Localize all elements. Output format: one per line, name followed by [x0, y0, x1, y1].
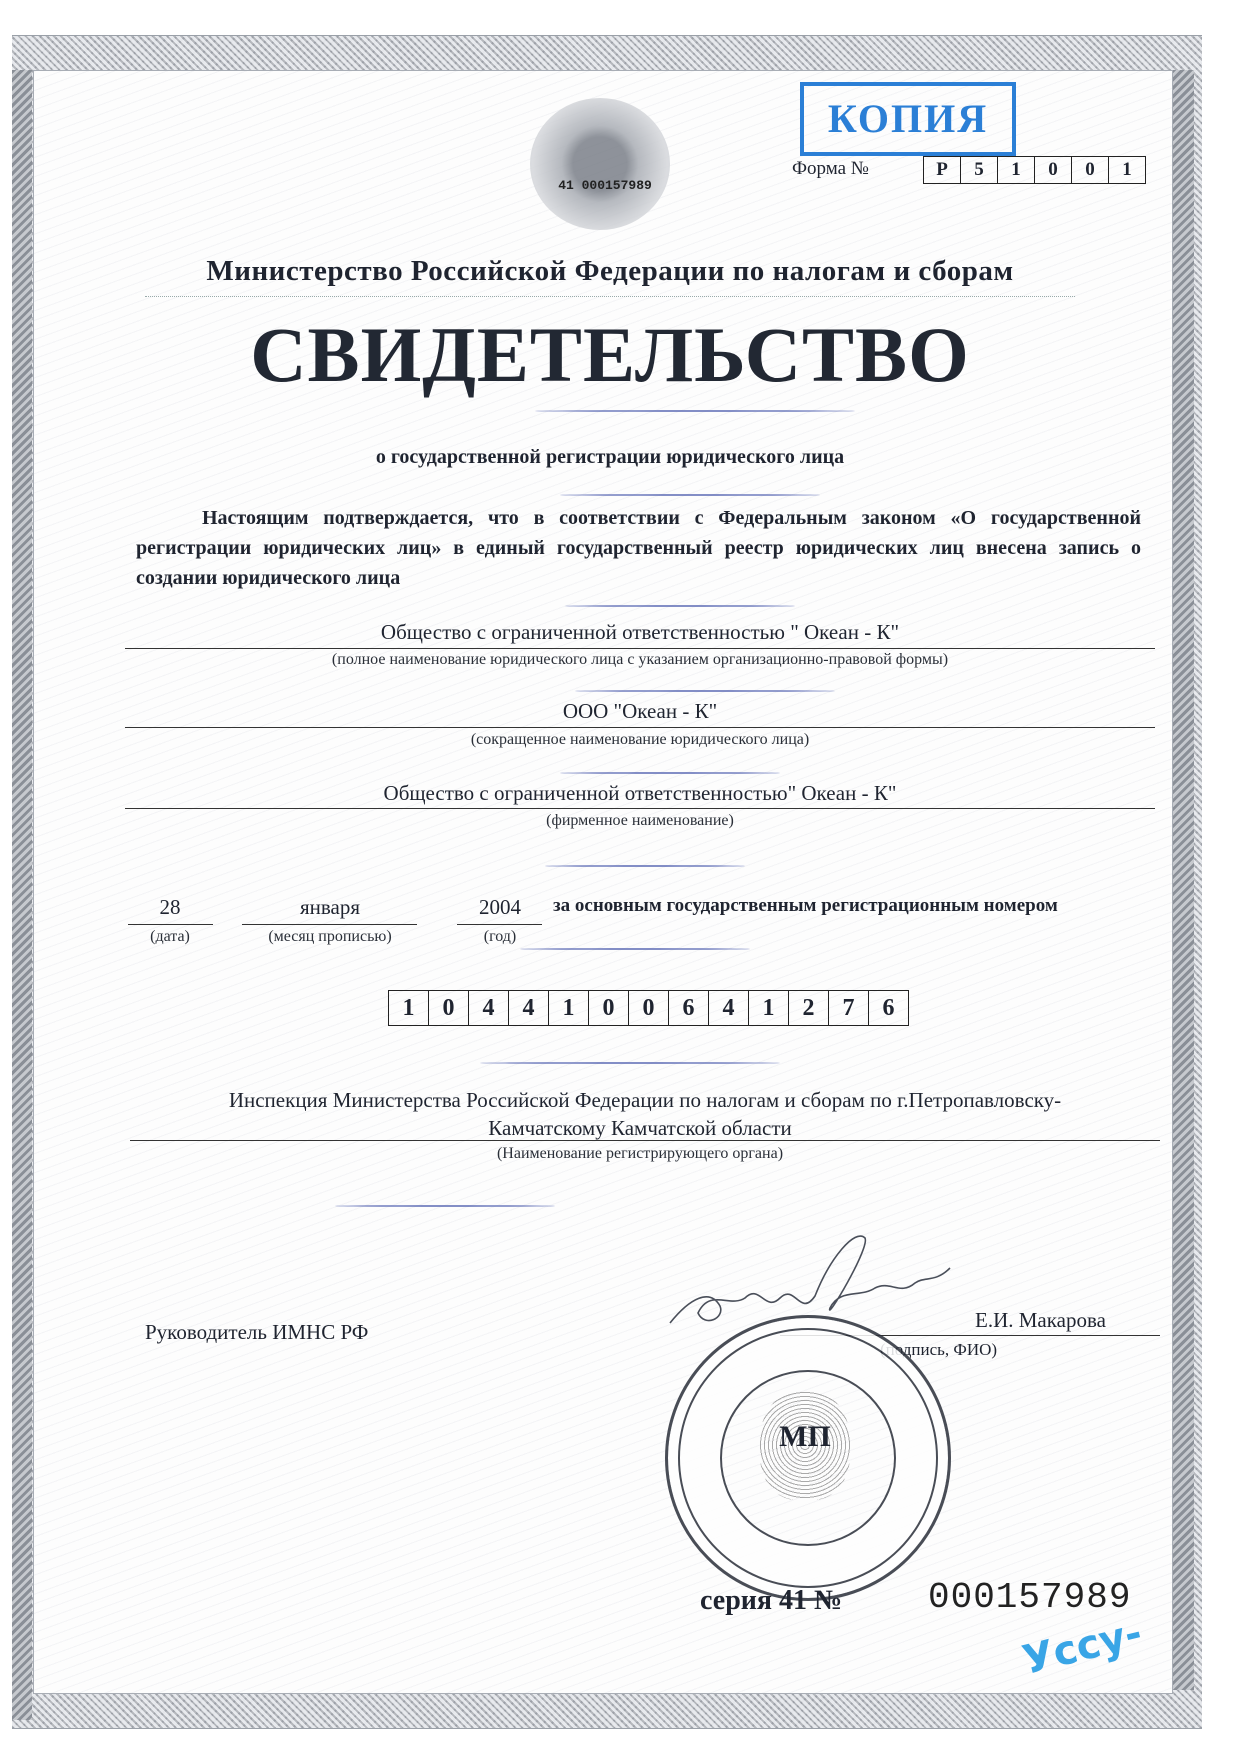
serial-number: 000157989	[928, 1577, 1131, 1618]
form-label: Форма №	[792, 158, 869, 180]
registration-year: 2004	[455, 895, 545, 920]
form-number-char: 0	[1035, 157, 1072, 183]
pen-stroke	[545, 865, 745, 867]
pen-stroke	[535, 410, 855, 412]
firm-name-value: Общество с ограниченной ответственностью…	[125, 781, 1155, 806]
ogrn-digit: 6	[669, 991, 709, 1025]
ogrn-digit: 6	[869, 991, 908, 1025]
ogrn-number-boxes: 1044100641276	[388, 990, 909, 1026]
full-name-rule	[125, 648, 1155, 649]
pen-stroke	[560, 494, 820, 496]
form-number-char: 0	[1072, 157, 1109, 183]
ogrn-digit: 1	[549, 991, 589, 1025]
border-right-strip	[1172, 70, 1194, 1690]
full-name-caption: (полное наименование юридического лица с…	[125, 651, 1155, 669]
ogrn-digit: 0	[429, 991, 469, 1025]
firm-name-caption: (фирменное наименование)	[125, 812, 1155, 830]
pen-stroke	[480, 1062, 780, 1064]
authority-line-2: Камчатскому Камчатской области	[125, 1116, 1155, 1141]
year-rule	[457, 924, 542, 925]
pen-stroke	[560, 772, 780, 774]
signatory-name: Е.И. Макарова	[975, 1308, 1106, 1333]
seal-mark: МП	[765, 1420, 845, 1454]
firm-name-rule	[125, 808, 1155, 809]
ogrn-lead-text: за основным государственным регистрацион…	[553, 895, 1058, 917]
month-caption: (месяц прописью)	[240, 928, 420, 946]
pen-stroke	[575, 690, 835, 692]
day-caption: (дата)	[125, 928, 215, 946]
form-number-char: 1	[1109, 157, 1145, 183]
document-title: СВИДЕТЕЛЬСТВО	[140, 310, 1080, 400]
authority-caption: (Наименование регистрирующего органа)	[125, 1145, 1155, 1163]
ogrn-digit: 2	[789, 991, 829, 1025]
paragraph-text: Настоящим подтверждается, что в соответс…	[136, 503, 1141, 593]
year-caption: (год)	[455, 928, 545, 946]
full-name-value: Общество с ограниченной ответственностью…	[125, 620, 1155, 645]
border-left-strip	[12, 70, 32, 1720]
pen-stroke	[335, 1205, 555, 1207]
ogrn-digit: 4	[709, 991, 749, 1025]
ogrn-digit: 0	[629, 991, 669, 1025]
form-number-boxes: Р51001	[923, 156, 1146, 184]
day-rule	[128, 924, 213, 925]
ogrn-digit: 7	[829, 991, 869, 1025]
form-number-char: 1	[998, 157, 1035, 183]
document-subtitle: о государственной регистрации юридическо…	[140, 446, 1080, 469]
ministry-heading: Министерство Российской Федерации по нал…	[140, 255, 1080, 288]
ogrn-digit: 4	[509, 991, 549, 1025]
certificate-page: 41 000157989 КОПИЯ Форма № Р51001 Минист…	[0, 0, 1242, 1755]
form-number-char: Р	[924, 157, 961, 183]
month-rule	[242, 924, 417, 925]
form-number-char: 5	[961, 157, 998, 183]
short-name-caption: (сокращенное наименование юридического л…	[125, 731, 1155, 749]
registration-day: 28	[125, 895, 215, 920]
pen-stroke	[565, 605, 795, 607]
signatory-position: Руководитель ИМНС РФ	[145, 1320, 368, 1345]
hologram-number: 41 000157989	[555, 178, 655, 193]
ogrn-digit: 1	[749, 991, 789, 1025]
copy-stamp: КОПИЯ	[800, 82, 1016, 156]
pen-stroke	[520, 948, 750, 950]
short-name-value: ООО "Океан - К"	[125, 699, 1155, 724]
ogrn-digit: 4	[469, 991, 509, 1025]
ministry-divider	[145, 296, 1075, 297]
authority-line-1: Инспекция Министерства Российской Федера…	[130, 1088, 1160, 1113]
short-name-rule	[125, 727, 1155, 728]
series-label: серия 41 №	[700, 1585, 842, 1617]
authority-rule	[130, 1140, 1160, 1141]
registration-month: января	[240, 895, 420, 920]
ogrn-digit: 0	[589, 991, 629, 1025]
hologram-seal-icon	[530, 98, 670, 230]
ogrn-digit: 1	[389, 991, 429, 1025]
confirmation-paragraph: Настоящим подтверждается, что в соответс…	[136, 503, 1141, 593]
